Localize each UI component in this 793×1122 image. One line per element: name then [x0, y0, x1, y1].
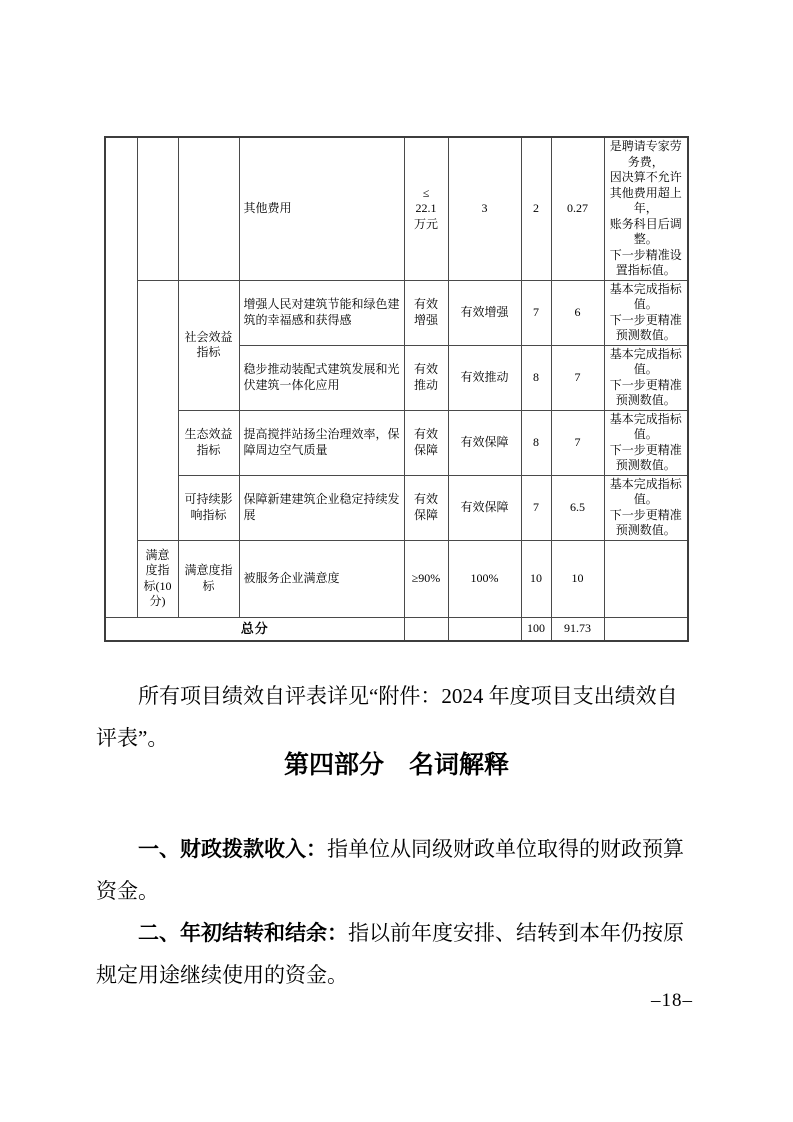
cell-remark: 基本完成指标值。 下一步更精准预测数值。: [604, 410, 688, 475]
cell-remark: 基本完成指标值。 下一步更精准预测数值。: [604, 280, 688, 345]
definition-item-2: 二、年初结转和结余：指以前年度安排、结转到本年仍按原 规定用途继续使用的资金。: [96, 912, 697, 996]
cell-benefit-group-spacer: [137, 280, 178, 540]
cell-total-points: 100: [521, 617, 551, 641]
cell-indicator-name: 提高搅拌站扬尘治理效率，保障周边空气质量: [239, 410, 404, 475]
intro-paragraph: 所有项目绩效自评表详见“附件：2024 年度项目支出绩效自 评表”。: [96, 675, 697, 759]
definition-item-1: 一、财政拨款收入：指单位从同级财政单位取得的财政预算 资金。: [96, 828, 697, 912]
cell-score: 10: [551, 540, 604, 617]
table-row-total: 总分 100 91.73: [105, 617, 688, 641]
performance-self-evaluation-table: 其他费用 ≤ 22.1 万元 3 2 0.27 是聘请专家劳务费， 因决算不允许…: [104, 136, 689, 642]
page-number: –18–: [651, 990, 693, 1012]
cell-total-remark-empty: [604, 617, 688, 641]
definitions: 一、财政拨款收入：指单位从同级财政单位取得的财政预算 资金。 二、年初结转和结余…: [96, 828, 697, 996]
cell-actual-value: 有效保障: [448, 410, 521, 475]
table-row-satisfaction: 满意度指标(10分) 满意度指标 被服务企业满意度 ≥90% 100% 10 1…: [105, 540, 688, 617]
cell-score: 6: [551, 280, 604, 345]
section-heading: 第四部分 名词解释: [0, 750, 793, 782]
cell-level1-continuation: [137, 137, 178, 280]
cell-category-satisfaction: 满意度指标: [178, 540, 239, 617]
cell-remark: 基本完成指标值。 下一步更精准预测数值。: [604, 345, 688, 410]
cell-points: 7: [521, 475, 551, 540]
table-row-eco-benefit: 生态效益指标 提高搅拌站扬尘治理效率，保障周边空气质量 有效 保障 有效保障 8…: [105, 410, 688, 475]
cell-target-value: ≤ 22.1 万元: [404, 137, 448, 280]
cell-target-value: 有效 推动: [404, 345, 448, 410]
cell-score: 7: [551, 345, 604, 410]
cell-score: 6.5: [551, 475, 604, 540]
cell-left-spacer: [105, 137, 137, 617]
cell-total-score: 91.73: [551, 617, 604, 641]
table-row-sustainable-impact: 可持续影响指标 保障新建建筑企业稳定持续发展 有效 保障 有效保障 7 6.5 …: [105, 475, 688, 540]
cell-indicator-name: 其他费用: [239, 137, 404, 280]
cell-target-value: 有效 保障: [404, 475, 448, 540]
cell-category-sustainable-impact: 可持续影响指标: [178, 475, 239, 540]
cell-indicator-name: 增强人民对建筑节能和绿色建筑的幸福感和获得感: [239, 280, 404, 345]
cell-target-value: 有效 增强: [404, 280, 448, 345]
cell-actual-value: 有效增强: [448, 280, 521, 345]
cell-actual-value: 有效保障: [448, 475, 521, 540]
cell-remark: 是聘请专家劳务费， 因决算不允许其他费用超上年， 账务科目后调整。 下一步精准设…: [604, 137, 688, 280]
definition-term: 一、财政拨款收入：: [138, 837, 327, 861]
cell-points: 7: [521, 280, 551, 345]
cell-total-actual-empty: [448, 617, 521, 641]
cell-level1-satisfaction: 满意度指标(10分): [137, 540, 178, 617]
cell-target-value: 有效 保障: [404, 410, 448, 475]
cell-remark: [604, 540, 688, 617]
cell-category-continuation: [178, 137, 239, 280]
document-page: 其他费用 ≤ 22.1 万元 3 2 0.27 是聘请专家劳务费， 因决算不允许…: [0, 0, 793, 1122]
cell-indicator-name: 被服务企业满意度: [239, 540, 404, 617]
table-row-social-benefit-1: 社会效益指标 增强人民对建筑节能和绿色建筑的幸福感和获得感 有效 增强 有效增强…: [105, 280, 688, 345]
cell-points: 8: [521, 410, 551, 475]
cell-points: 10: [521, 540, 551, 617]
definition-term: 二、年初结转和结余：: [138, 921, 348, 945]
cell-points: 2: [521, 137, 551, 280]
cell-actual-value: 100%: [448, 540, 521, 617]
cell-category-social-benefit: 社会效益指标: [178, 280, 239, 410]
cell-remark: 基本完成指标值。 下一步更精准预测数值。: [604, 475, 688, 540]
cell-score: 7: [551, 410, 604, 475]
table-row-other-costs: 其他费用 ≤ 22.1 万元 3 2 0.27 是聘请专家劳务费， 因决算不允许…: [105, 137, 688, 280]
cell-score: 0.27: [551, 137, 604, 280]
cell-actual-value: 3: [448, 137, 521, 280]
cell-category-eco-benefit: 生态效益指标: [178, 410, 239, 475]
cell-target-value: ≥90%: [404, 540, 448, 617]
cell-total-label: 总分: [105, 617, 404, 641]
cell-points: 8: [521, 345, 551, 410]
cell-indicator-name: 稳步推动装配式建筑发展和光伏建筑一体化应用: [239, 345, 404, 410]
cell-actual-value: 有效推动: [448, 345, 521, 410]
cell-total-target-empty: [404, 617, 448, 641]
cell-indicator-name: 保障新建建筑企业稳定持续发展: [239, 475, 404, 540]
